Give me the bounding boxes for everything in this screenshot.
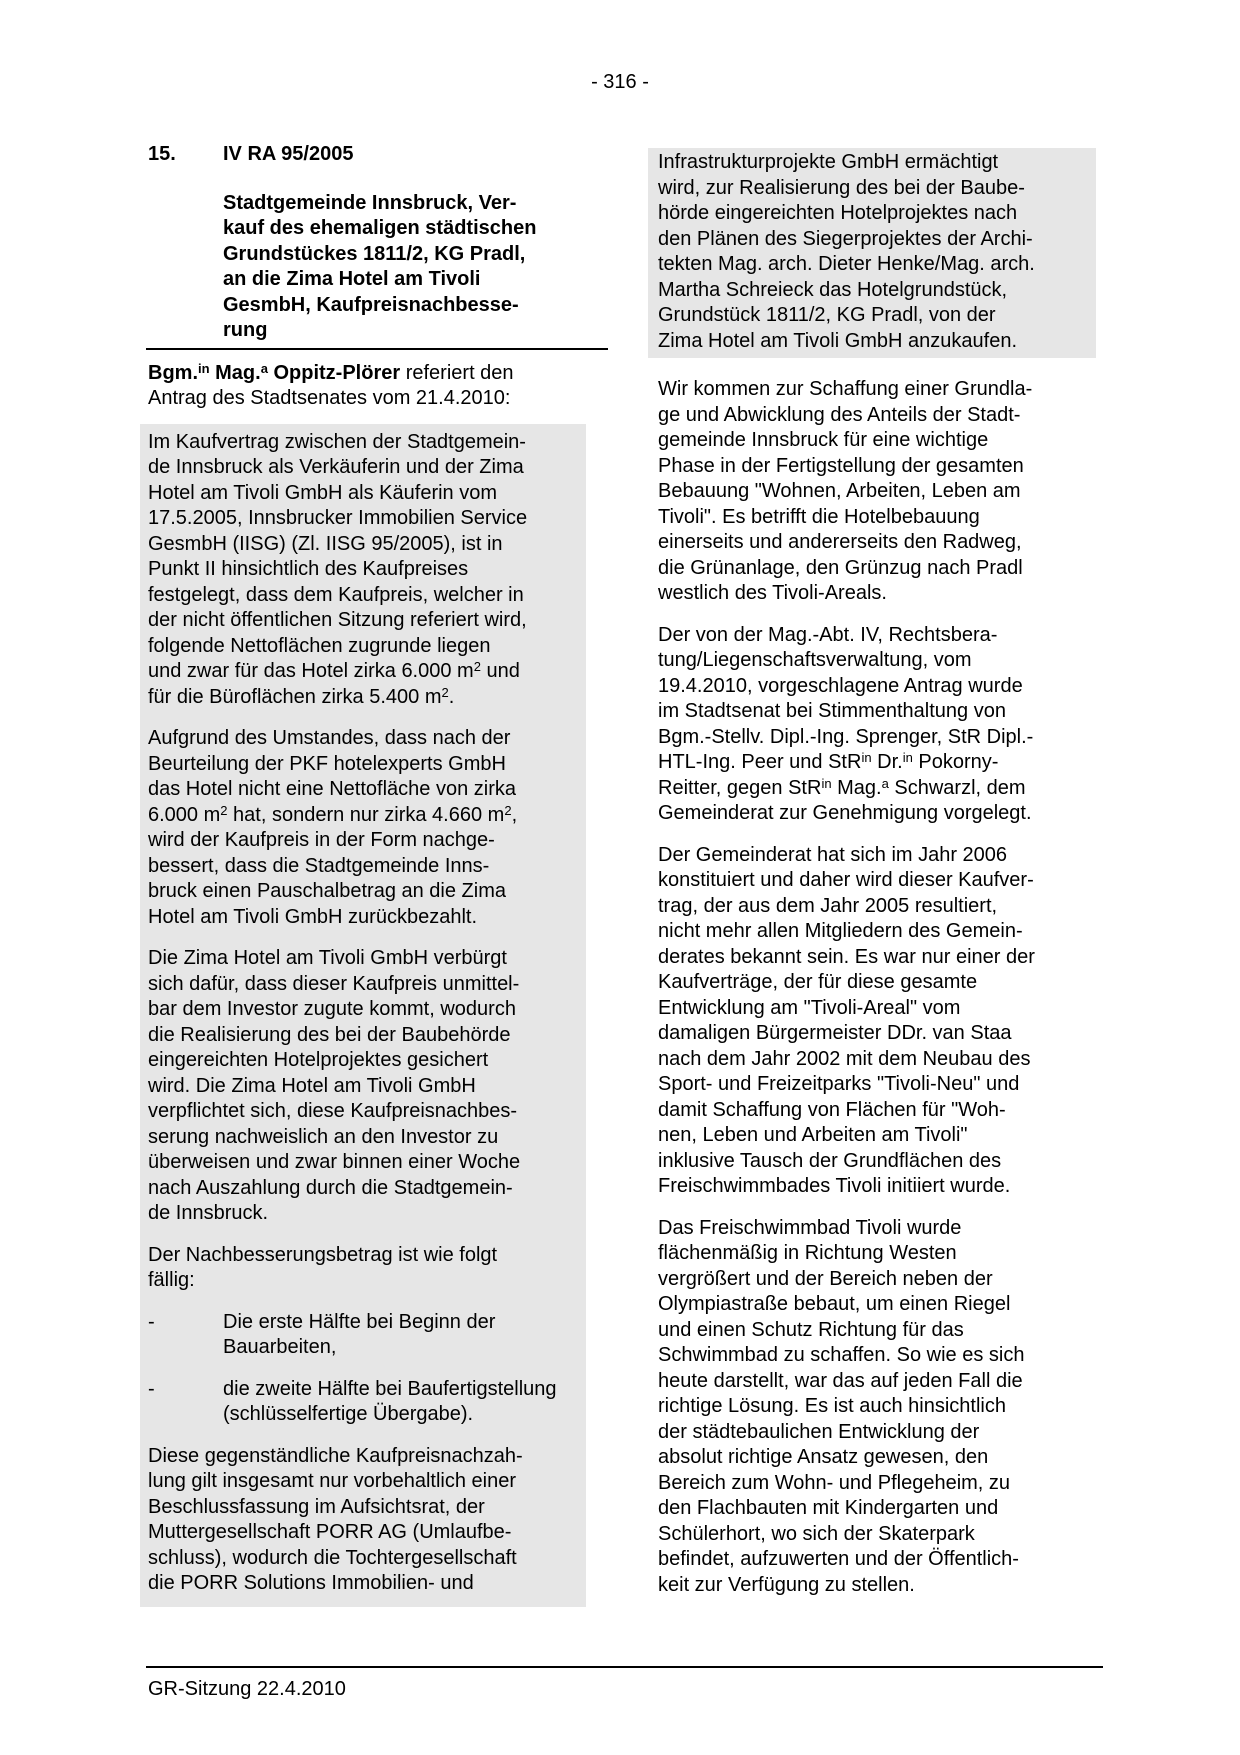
agenda-item-number: 15. — [148, 142, 223, 168]
left-column: 15. IV RA 95/2005 Stadtgemeinde Innsbruc… — [148, 142, 592, 1607]
agenda-item-title: Stadtgemeinde Innsbruck, Ver- kauf des e… — [223, 191, 592, 344]
list-bullet-dash: - — [148, 1310, 223, 1361]
list-item: - die zweite Hälfte bei Baufertigstellun… — [148, 1377, 578, 1428]
list-item-text: Die erste Hälfte bei Beginn der Bauarbei… — [223, 1310, 495, 1361]
paragraph-kaufvertrag: Im Kaufvertrag zwischen der Stadtgemein-… — [148, 430, 578, 711]
paragraph-aufgrund: Aufgrund des Umstandes, dass nach der Be… — [148, 726, 578, 930]
paragraph-gemeinderat-2006: Der Gemeinderat hat sich im Jahr 2006 ko… — [658, 843, 1108, 1200]
paragraph-freischwimmbad: Das Freischwimmbad Tivoli wurde flächenm… — [658, 1216, 1108, 1599]
right-column: Infrastrukturprojekte GmbH ermächtigt wi… — [658, 148, 1108, 1598]
paragraph-nachbesserungsbetrag: Der Nachbesserungsbetrag ist wie folgt f… — [148, 1243, 578, 1294]
title-divider — [146, 348, 608, 350]
footer-session-label: GR-Sitzung 22.4.2010 — [146, 1677, 1103, 1703]
referent-intro-paragraph: Bgm.in Mag.a Oppitz-Plörer referiert den… — [148, 361, 592, 412]
paragraph-infrastrukturprojekte: Infrastrukturprojekte GmbH ermächtigt wi… — [658, 150, 1088, 354]
agenda-item-heading: 15. IV RA 95/2005 — [148, 142, 592, 168]
page-footer: GR-Sitzung 22.4.2010 — [146, 1666, 1103, 1703]
paragraph-verbuergt: Die Zima Hotel am Tivoli GmbH verbürgt s… — [148, 946, 578, 1227]
paragraph-vorbehalt: Diese gegenständliche Kaufpreisnachzah- … — [148, 1444, 578, 1597]
paragraph-stadtsenat-antrag: Der von der Mag.-Abt. IV, Rechtsbera- tu… — [658, 623, 1108, 827]
document-page: - 316 - 15. IV RA 95/2005 Stadtgemeinde … — [0, 0, 1240, 1755]
list-item: - Die erste Hälfte bei Beginn der Bauarb… — [148, 1310, 578, 1361]
left-highlight-block: Im Kaufvertrag zwischen der Stadtgemein-… — [140, 424, 586, 1607]
page-number: - 316 - — [0, 70, 1240, 96]
right-highlight-block: Infrastrukturprojekte GmbH ermächtigt wi… — [648, 148, 1096, 358]
list-bullet-dash: - — [148, 1377, 223, 1428]
list-item-text: die zweite Hälfte bei Baufertigstellung … — [223, 1377, 557, 1428]
paragraph-schaffung-grundlage: Wir kommen zur Schaffung einer Grundla- … — [658, 377, 1108, 607]
agenda-item-reference: IV RA 95/2005 — [223, 142, 353, 168]
